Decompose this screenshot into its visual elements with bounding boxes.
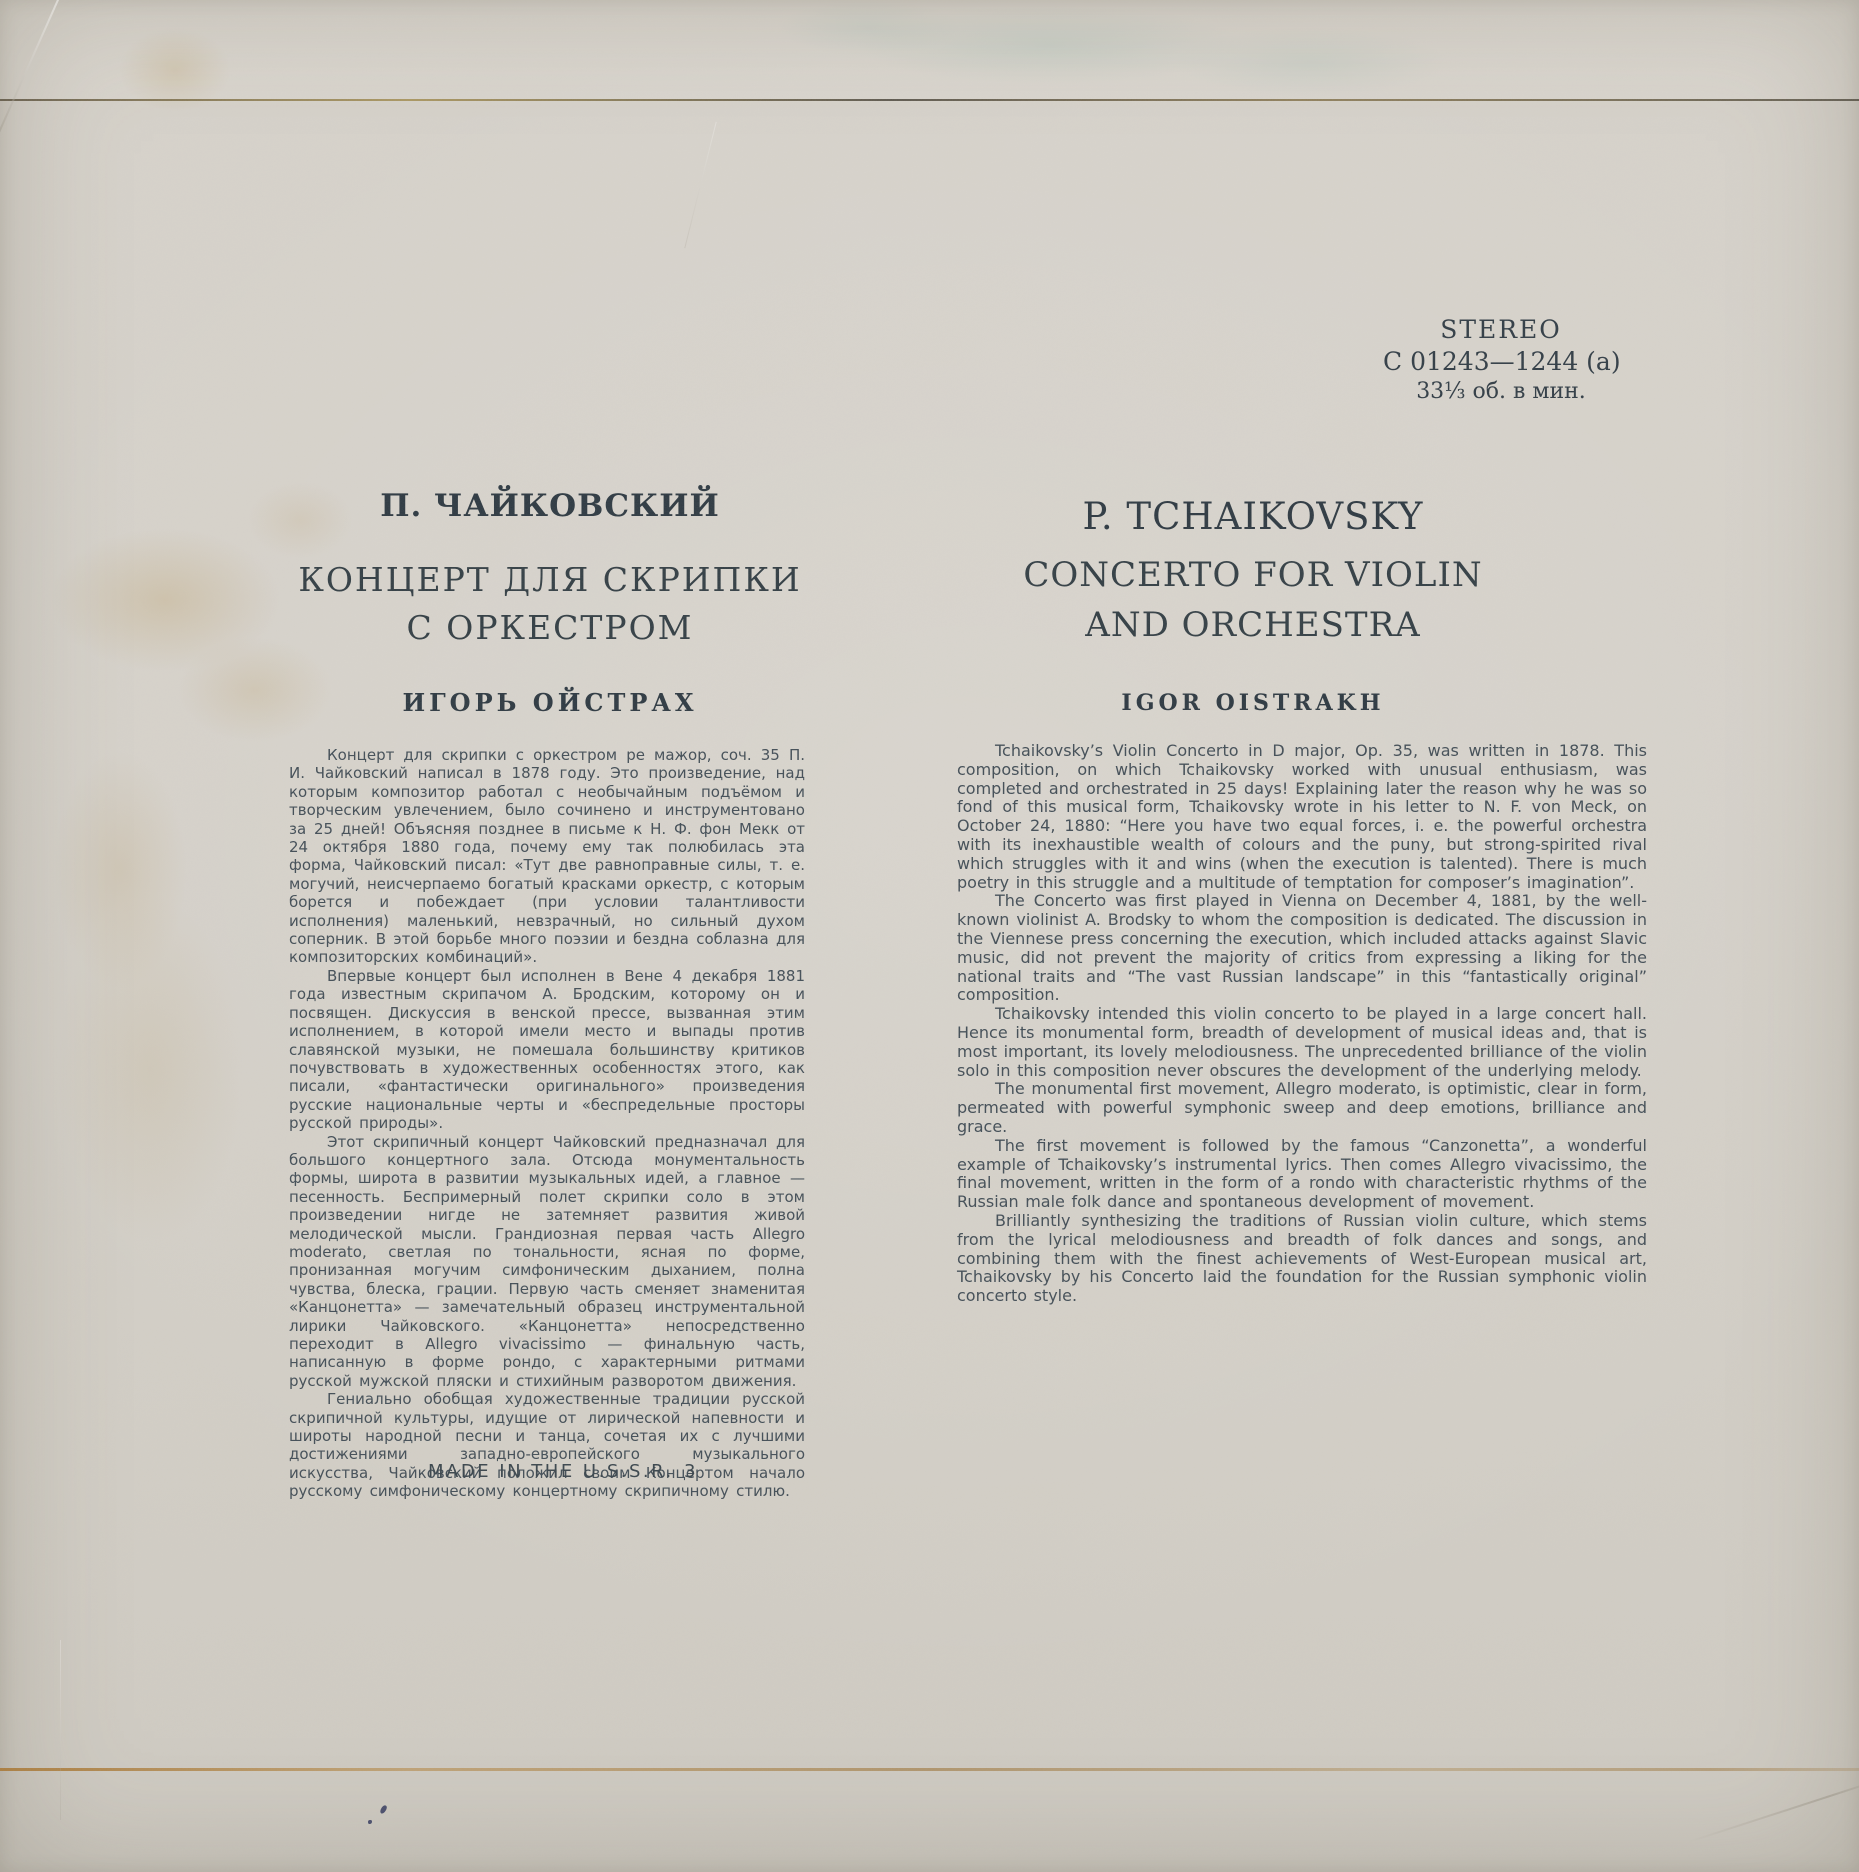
liner-notes-ru-paragraph: Гениально обобщая художественные традици… xyxy=(289,1390,805,1500)
catalog-number: С 01243—1244 (а) xyxy=(1383,346,1619,377)
liner-notes-en: Tchaikovsky’s Violin Concerto in D major… xyxy=(957,742,1647,1306)
album-title-en-line1: CONCERTO FOR VIOLIN xyxy=(958,550,1548,600)
record-sleeve-back: STEREO С 01243—1244 (а) 33⅓ об. в мин. П… xyxy=(0,0,1859,1872)
pressing-info: STEREO С 01243—1244 (а) 33⅓ об. в мин. xyxy=(1383,314,1619,406)
composer-name-en: P. TCHAIKOVSKY xyxy=(958,495,1548,538)
liner-notes-en-paragraph: Tchaikovsky’s Violin Concerto in D major… xyxy=(957,742,1647,892)
album-title-ru-line1: КОНЦЕРТ ДЛЯ СКРИПКИ xyxy=(270,556,830,604)
top-fold-seam xyxy=(0,99,1859,101)
performer-name-ru: ИГОРЬ ОЙСТРАХ xyxy=(270,688,830,717)
album-title-en: CONCERTO FOR VIOLIN AND ORCHESTRA xyxy=(958,550,1548,650)
liner-notes-en-paragraph: Brilliantly synthesizing the traditions … xyxy=(957,1212,1647,1306)
ink-speck xyxy=(379,1804,388,1814)
album-title-ru-line2: С ОРКЕСТРОМ xyxy=(270,604,830,652)
made-in-label: MADE IN THE U.S.S.R. xyxy=(428,1461,674,1482)
crease-top-left xyxy=(0,0,60,134)
composer-name-ru: П. ЧАЙКОВСКИЙ xyxy=(270,488,830,524)
liner-notes-ru-paragraph: Этот скрипичный концерт Чайковский предн… xyxy=(289,1133,805,1391)
album-title-ru: КОНЦЕРТ ДЛЯ СКРИПКИ С ОРКЕСТРОМ xyxy=(270,556,830,652)
liner-notes-ru: Концерт для скрипки с оркестром ре мажор… xyxy=(289,746,805,1501)
liner-notes-en-paragraph: The Concerto was first played in Vienna … xyxy=(957,892,1647,1005)
liner-notes-en-paragraph: The monumental first movement, Allegro m… xyxy=(957,1080,1647,1136)
ink-speck xyxy=(368,1820,372,1824)
liner-notes-ru-paragraph: Впервые концерт был исполнен в Вене 4 де… xyxy=(289,967,805,1133)
crease-bottom-left xyxy=(60,1640,61,1820)
liner-notes-ru-paragraph: Концерт для скрипки с оркестром ре мажор… xyxy=(289,746,805,967)
speed-label: 33⅓ об. в мин. xyxy=(1383,377,1619,406)
stereo-label: STEREO xyxy=(1383,314,1619,346)
album-title-en-line2: AND ORCHESTRA xyxy=(958,600,1548,650)
performer-name-en: IGOR OISTRAKH xyxy=(958,690,1548,716)
crease-top-middle xyxy=(684,122,716,248)
bottom-rust-line xyxy=(0,1768,1859,1771)
liner-notes-en-paragraph: The first movement is followed by the fa… xyxy=(957,1137,1647,1212)
page-number: 3 xyxy=(684,1461,695,1482)
liner-notes-en-paragraph: Tchaikovsky intended this violin concert… xyxy=(957,1005,1647,1080)
crease-bottom-right xyxy=(1687,1749,1859,1844)
